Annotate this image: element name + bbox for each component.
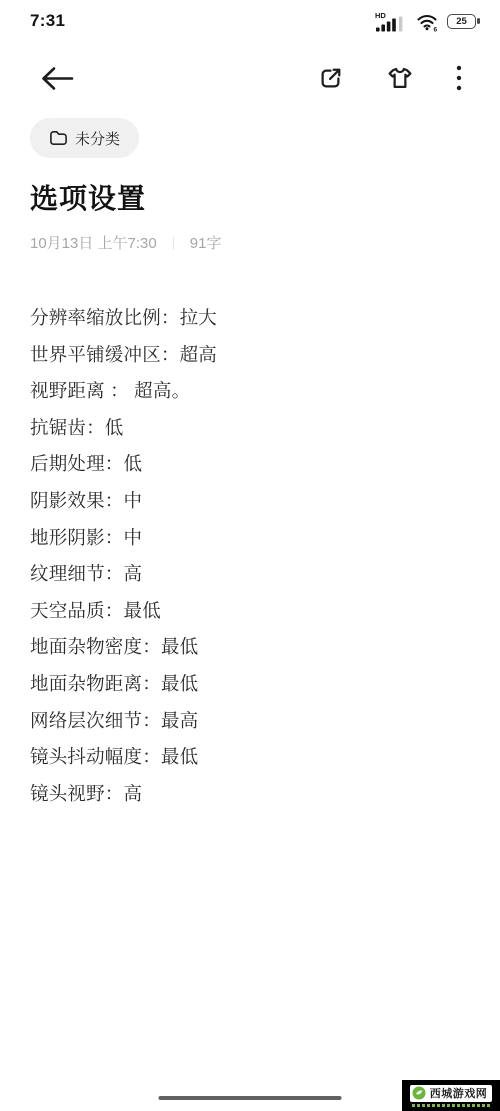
note-line[interactable]: 分辨率缩放比例：拉大 [30,300,470,337]
note-line[interactable]: 后期处理：低 [30,446,470,483]
category-chip[interactable]: 未分类 [30,118,139,158]
note-line[interactable]: 地面杂物密度：最低 [30,629,470,666]
toolbar-actions [317,64,462,92]
meta-separator: ｜ [167,233,180,252]
status-bar: 7:31 HD 6 25 [0,0,500,40]
share-icon [317,65,344,92]
note-body[interactable]: 分辨率缩放比例：拉大 世界平铺缓冲区：超高 视野距离 ： 超高。 抗锯齿：低 后… [30,300,470,812]
t-shirt-icon [386,64,414,92]
more-menu-button[interactable] [456,64,462,92]
back-button[interactable] [38,65,75,92]
note-word-count: 91字 [190,232,222,253]
theme-button[interactable] [386,64,414,92]
status-icons: HD 6 25 [375,11,480,32]
note-line[interactable]: 阴影效果：中 [30,483,470,520]
status-time: 7:31 [30,11,65,31]
note-line[interactable]: 天空品质：最低 [30,593,470,630]
site-watermark-label: 西城游戏网 [430,1085,488,1101]
kebab-menu-icon [456,64,462,92]
svg-text:6: 6 [434,26,438,32]
svg-text:HD: HD [375,11,386,20]
category-label: 未分类 [75,128,120,149]
site-watermark: 西城游戏网 [402,1080,500,1111]
note-line[interactable]: 镜头视野：高 [30,776,470,813]
site-watermark-pill: 西城游戏网 [410,1085,493,1102]
note-line[interactable]: 网络层次细节：最高 [30,703,470,740]
home-indicator[interactable] [159,1096,342,1101]
share-button[interactable] [317,65,344,92]
note-line[interactable]: 镜头抖动幅度：最低 [30,739,470,776]
note-line[interactable]: 地形阴影：中 [30,520,470,557]
site-watermark-url-strip [412,1104,490,1107]
note-line[interactable]: 世界平铺缓冲区：超高 [30,337,470,374]
cell-signal-icon: HD [375,11,409,32]
note-title[interactable]: 选项设置 [30,182,470,216]
site-logo-icon [412,1086,426,1100]
battery-percent: 25 [456,16,467,27]
note-line[interactable]: 视野距离 ： 超高。 [30,373,470,410]
notes-app-screen: 7:31 HD 6 25 [0,0,500,1111]
arrow-left-icon [38,65,75,92]
wifi-icon: 6 [416,11,440,32]
note-date: 10月13日 上午7:30 [30,232,157,253]
note-meta: 10月13日 上午7:30 ｜ 91字 [30,232,470,252]
note-line[interactable]: 纹理细节：高 [30,556,470,593]
note-line[interactable]: 地面杂物距离：最低 [30,666,470,703]
toolbar [0,60,500,96]
folder-icon [49,129,68,147]
battery-icon: 25 [447,14,476,29]
note-line[interactable]: 抗锯齿：低 [30,410,470,447]
